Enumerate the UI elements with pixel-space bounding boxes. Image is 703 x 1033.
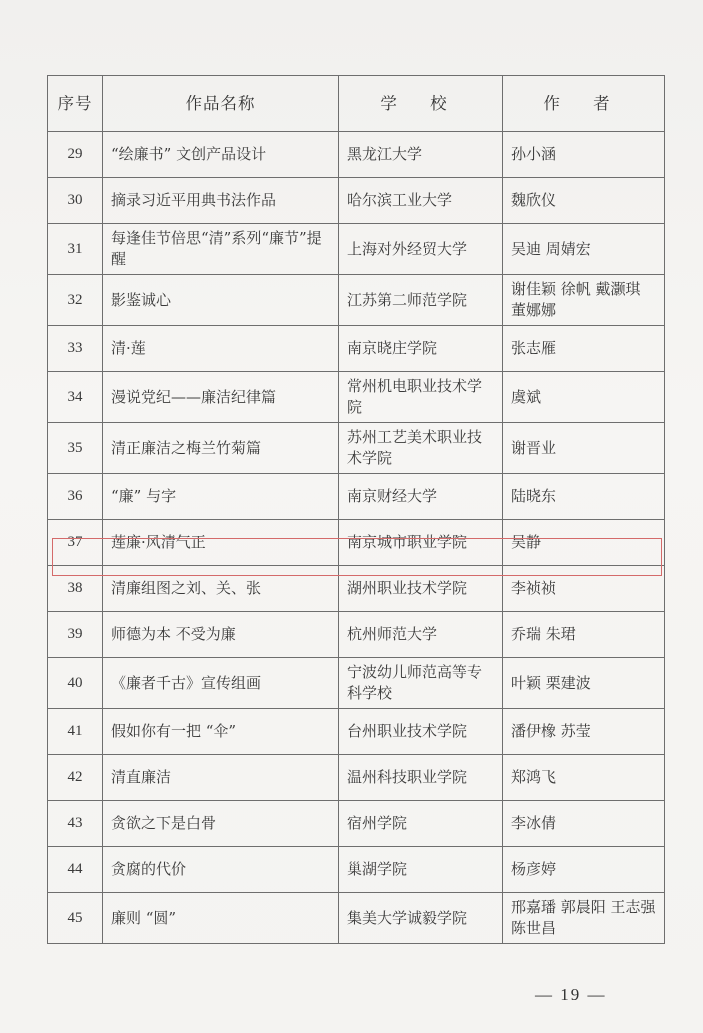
table-row: 41 假如你有一把 “伞” 台州职业技术学院 潘伊橡 苏莹 xyxy=(48,709,665,755)
cell-no: 36 xyxy=(48,474,103,520)
table-header-row: 序号 作品名称 学 校 作 者 xyxy=(48,76,665,132)
cell-author: 叶颖 栗建波 xyxy=(503,658,665,709)
cell-title: 清正廉洁之梅兰竹菊篇 xyxy=(103,423,339,474)
cell-no: 41 xyxy=(48,709,103,755)
cell-author: 孙小涵 xyxy=(503,132,665,178)
cell-author: 陆晓东 xyxy=(503,474,665,520)
cell-title: 清直廉洁 xyxy=(103,755,339,801)
table-row: 30 摘录习近平用典书法作品 哈尔滨工业大学 魏欣仪 xyxy=(48,178,665,224)
cell-title: “绘廉书” 文创产品设计 xyxy=(103,132,339,178)
table-row: 42 清直廉洁 温州科技职业学院 郑鸿飞 xyxy=(48,755,665,801)
table-row: 34 漫说党纪——廉洁纪律篇 常州机电职业技术学院 虞斌 xyxy=(48,372,665,423)
cell-school: 苏州工艺美术职业技术学院 xyxy=(339,423,503,474)
table-row-highlighted: 37 莲廉·风清气正 南京城市职业学院 吴静 xyxy=(48,520,665,566)
cell-no: 40 xyxy=(48,658,103,709)
cell-school: 湖州职业技术学院 xyxy=(339,566,503,612)
cell-title: 漫说党纪——廉洁纪律篇 xyxy=(103,372,339,423)
table-row: 45 廉则 “圆” 集美大学诚毅学院 邢嘉璠 郭晨阳 王志强 陈世昌 xyxy=(48,893,665,944)
cell-school: 温州科技职业学院 xyxy=(339,755,503,801)
cell-title: 廉则 “圆” xyxy=(103,893,339,944)
cell-no: 42 xyxy=(48,755,103,801)
cell-title: 贪腐的代价 xyxy=(103,847,339,893)
table-row: 35 清正廉洁之梅兰竹菊篇 苏州工艺美术职业技术学院 谢晋业 xyxy=(48,423,665,474)
cell-author: 杨彦婷 xyxy=(503,847,665,893)
table-row: 38 清廉组图之刘、关、张 湖州职业技术学院 李祯祯 xyxy=(48,566,665,612)
cell-author: 乔瑞 朱珺 xyxy=(503,612,665,658)
cell-school: 集美大学诚毅学院 xyxy=(339,893,503,944)
cell-school: 宿州学院 xyxy=(339,801,503,847)
cell-school: 南京晓庄学院 xyxy=(339,326,503,372)
cell-school: 黑龙江大学 xyxy=(339,132,503,178)
table-row: 44 贪腐的代价 巢湖学院 杨彦婷 xyxy=(48,847,665,893)
page-number: — 19 — xyxy=(535,985,607,1005)
table-row: 43 贪欲之下是白骨 宿州学院 李冰倩 xyxy=(48,801,665,847)
cell-school: 宁波幼儿师范高等专科学校 xyxy=(339,658,503,709)
cell-author: 魏欣仪 xyxy=(503,178,665,224)
cell-no: 38 xyxy=(48,566,103,612)
cell-no: 34 xyxy=(48,372,103,423)
cell-title: 摘录习近平用典书法作品 xyxy=(103,178,339,224)
cell-no: 30 xyxy=(48,178,103,224)
cell-school: 哈尔滨工业大学 xyxy=(339,178,503,224)
cell-author: 李祯祯 xyxy=(503,566,665,612)
cell-no: 29 xyxy=(48,132,103,178)
cell-school: 台州职业技术学院 xyxy=(339,709,503,755)
cell-title: 贪欲之下是白骨 xyxy=(103,801,339,847)
cell-title: 假如你有一把 “伞” xyxy=(103,709,339,755)
cell-no: 39 xyxy=(48,612,103,658)
cell-no: 44 xyxy=(48,847,103,893)
table-row: 36 “廉” 与字 南京财经大学 陆晓东 xyxy=(48,474,665,520)
table-row: 33 清·莲 南京晓庄学院 张志雁 xyxy=(48,326,665,372)
cell-title: 每逢佳节倍思“清”系列“廉节”提醒 xyxy=(103,224,339,275)
awards-table: 序号 作品名称 学 校 作 者 29 “绘廉书” 文创产品设计 黑龙江大学 孙小… xyxy=(47,75,665,944)
cell-no: 35 xyxy=(48,423,103,474)
cell-author: 李冰倩 xyxy=(503,801,665,847)
document-page: 序号 作品名称 学 校 作 者 29 “绘廉书” 文创产品设计 黑龙江大学 孙小… xyxy=(0,0,703,1033)
cell-author: 张志雁 xyxy=(503,326,665,372)
cell-title: 《廉者千古》宣传组画 xyxy=(103,658,339,709)
header-author: 作 者 xyxy=(503,76,665,132)
cell-author: 邢嘉璠 郭晨阳 王志强 陈世昌 xyxy=(503,893,665,944)
cell-school: 上海对外经贸大学 xyxy=(339,224,503,275)
cell-no: 43 xyxy=(48,801,103,847)
table-row: 31 每逢佳节倍思“清”系列“廉节”提醒 上海对外经贸大学 吴迪 周婧宏 xyxy=(48,224,665,275)
cell-school: 巢湖学院 xyxy=(339,847,503,893)
cell-no: 37 xyxy=(48,520,103,566)
cell-no: 33 xyxy=(48,326,103,372)
cell-author: 郑鸿飞 xyxy=(503,755,665,801)
header-no: 序号 xyxy=(48,76,103,132)
cell-author: 吴静 xyxy=(503,520,665,566)
cell-school: 南京城市职业学院 xyxy=(339,520,503,566)
header-title: 作品名称 xyxy=(103,76,339,132)
cell-author: 虞斌 xyxy=(503,372,665,423)
table-row: 32 影鉴诚心 江苏第二师范学院 谢佳颖 徐帆 戴灏琪 董娜娜 xyxy=(48,275,665,326)
table-row: 29 “绘廉书” 文创产品设计 黑龙江大学 孙小涵 xyxy=(48,132,665,178)
cell-title: 师德为本 不受为廉 xyxy=(103,612,339,658)
cell-title: 清廉组图之刘、关、张 xyxy=(103,566,339,612)
header-school: 学 校 xyxy=(339,76,503,132)
cell-no: 45 xyxy=(48,893,103,944)
cell-title: 影鉴诚心 xyxy=(103,275,339,326)
cell-title: 莲廉·风清气正 xyxy=(103,520,339,566)
cell-no: 32 xyxy=(48,275,103,326)
cell-author: 谢佳颖 徐帆 戴灏琪 董娜娜 xyxy=(503,275,665,326)
cell-no: 31 xyxy=(48,224,103,275)
cell-school: 常州机电职业技术学院 xyxy=(339,372,503,423)
cell-author: 谢晋业 xyxy=(503,423,665,474)
cell-author: 吴迪 周婧宏 xyxy=(503,224,665,275)
table-row: 40 《廉者千古》宣传组画 宁波幼儿师范高等专科学校 叶颖 栗建波 xyxy=(48,658,665,709)
cell-school: 南京财经大学 xyxy=(339,474,503,520)
cell-title: 清·莲 xyxy=(103,326,339,372)
cell-school: 江苏第二师范学院 xyxy=(339,275,503,326)
cell-school: 杭州师范大学 xyxy=(339,612,503,658)
cell-author: 潘伊橡 苏莹 xyxy=(503,709,665,755)
table-row: 39 师德为本 不受为廉 杭州师范大学 乔瑞 朱珺 xyxy=(48,612,665,658)
cell-title: “廉” 与字 xyxy=(103,474,339,520)
